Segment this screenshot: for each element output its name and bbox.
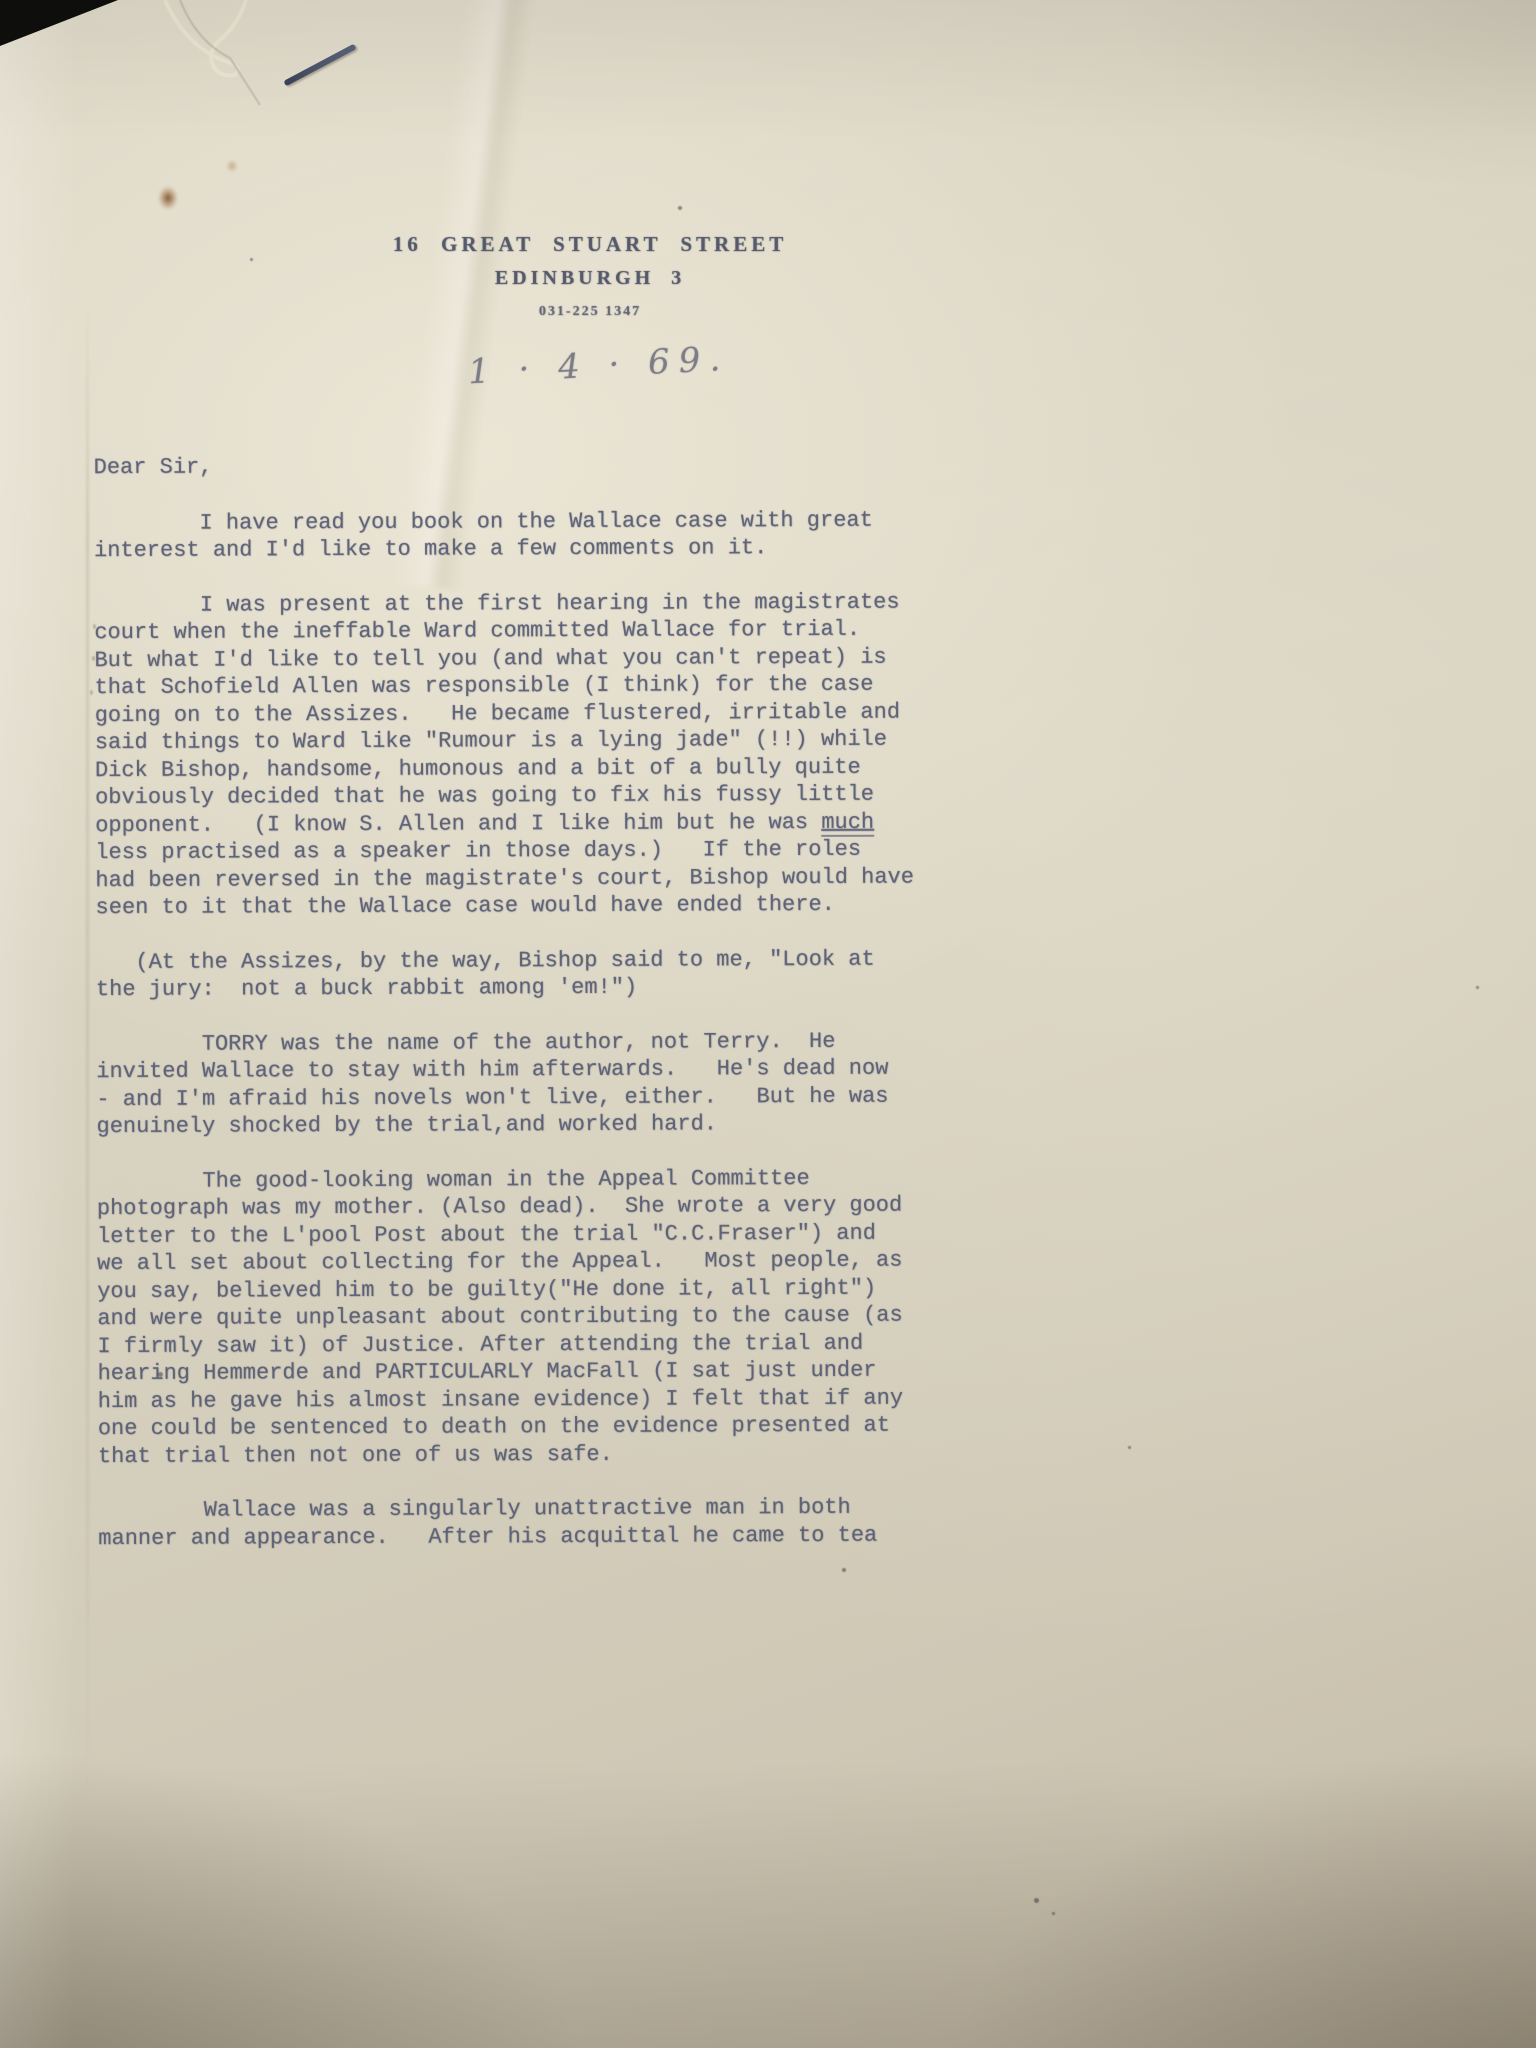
speck	[92, 656, 95, 661]
thread-icon	[110, 0, 330, 140]
letterhead-street: 16 GREAT STUART STREET	[320, 232, 860, 257]
letter-line: I was present at the first hearing in th…	[94, 587, 1054, 619]
letter-line: - and I'm afraid his novels won't live, …	[96, 1081, 1056, 1113]
letter-line: court when the ineffable Ward committed …	[94, 615, 1054, 647]
handwritten-date: 1 · 4 · 69.	[467, 336, 789, 393]
letter-line: I firmly saw it) of Justice. After atten…	[97, 1328, 1057, 1360]
letter-line: letter to the L'pool Post about the tria…	[97, 1218, 1057, 1250]
letter-line: the jury: not a buck rabbit among 'em!")	[96, 972, 1056, 1004]
letter-line: had been reversed in the magistrate's co…	[95, 862, 1055, 894]
speck	[1052, 1912, 1055, 1915]
rust-stain	[158, 186, 178, 210]
speck	[93, 624, 96, 629]
letter-line: (At the Assizes, by the way, Bishop said…	[96, 944, 1056, 976]
letter-line: you say, believed him to be guilty("He d…	[97, 1273, 1057, 1305]
salutation: Dear Sir,	[94, 450, 1054, 482]
letter-line: manner and appearance. After his acquitt…	[98, 1520, 1058, 1552]
letter-line: one could be sentenced to death on the e…	[98, 1411, 1058, 1443]
speck	[250, 258, 253, 261]
letterhead: 16 GREAT STUART STREET EDINBURGH 3 031-2…	[320, 232, 860, 320]
paper-edge-shadow	[86, 300, 89, 1800]
letter-line: less practised as a speaker in those day…	[95, 835, 1055, 867]
paragraph: TORRY was the name of the author, not Te…	[96, 1026, 1056, 1140]
letter-line: and were quite unpleasant about contribu…	[97, 1301, 1057, 1333]
letter-line: said things to Ward like "Rumour is a ly…	[95, 725, 1055, 757]
background-corner	[0, 0, 118, 46]
letter-line: genuinely shocked by the trial,and worke…	[96, 1109, 1056, 1141]
letter-line: interest and I'd like to make a few comm…	[94, 533, 1054, 565]
paragraph: The good-looking woman in the Appeal Com…	[97, 1163, 1058, 1470]
paragraph: (At the Assizes, by the way, Bishop said…	[96, 944, 1056, 1003]
paragraph: I have read you book on the Wallace case…	[94, 505, 1054, 564]
rust-stain-faint	[226, 160, 238, 172]
letter-line: TORRY was the name of the author, not Te…	[96, 1026, 1056, 1058]
paragraphs: I have read you book on the Wallace case…	[94, 505, 1059, 1552]
speck	[842, 1568, 846, 1572]
letter-line: The good-looking woman in the Appeal Com…	[97, 1163, 1057, 1195]
speck	[678, 206, 682, 210]
letter-line: I have read you book on the Wallace case…	[94, 505, 1054, 537]
letter-line: him as he gave his almost insane evidenc…	[98, 1383, 1058, 1415]
letter-line: Dick Bishop, handsome, humonous and a bi…	[95, 752, 1055, 784]
photograph-of-letter: 16 GREAT STUART STREET EDINBURGH 3 031-2…	[0, 0, 1536, 2048]
letter-line: Wallace was a singularly unattractive ma…	[98, 1493, 1058, 1525]
letter-line: invited Wallace to stay with him afterwa…	[96, 1054, 1056, 1086]
letter-line: hearing Hemmerde and PARTICULARLY MacFal…	[98, 1356, 1058, 1388]
speck	[1034, 1898, 1039, 1903]
letterhead-city: EDINBURGH 3	[320, 267, 860, 290]
letter-line: we all set about collecting for the Appe…	[97, 1246, 1057, 1278]
speck	[158, 1372, 163, 1377]
letter-line: But what I'd like to tell you (and what …	[94, 642, 1054, 674]
letter-line: photograph was my mother. (Also dead). S…	[97, 1191, 1057, 1223]
letter-line: seen to it that the Wallace case would h…	[95, 890, 1055, 922]
letter-line: going on to the Assizes. He became flust…	[95, 697, 1055, 729]
paragraph: I was present at the first hearing in th…	[94, 587, 1055, 921]
letter-line: obviously decided that he was going to f…	[95, 780, 1055, 812]
letter-body: Dear Sir, I have read you book on the Wa…	[94, 450, 1059, 1579]
letter-line: that trial then not one of us was safe.	[98, 1438, 1058, 1470]
letter-line: that Schofield Allen was responsible (I …	[95, 670, 1055, 702]
speck	[1476, 986, 1479, 989]
underlined-word: much	[821, 809, 874, 836]
letter-line: opponent. (I know S. Allen and I like hi…	[95, 807, 1055, 839]
speck	[1128, 1446, 1131, 1449]
speck	[90, 690, 93, 695]
paragraph: Wallace was a singularly unattractive ma…	[98, 1493, 1058, 1552]
letterhead-phone: 031-225 1347	[320, 304, 860, 320]
